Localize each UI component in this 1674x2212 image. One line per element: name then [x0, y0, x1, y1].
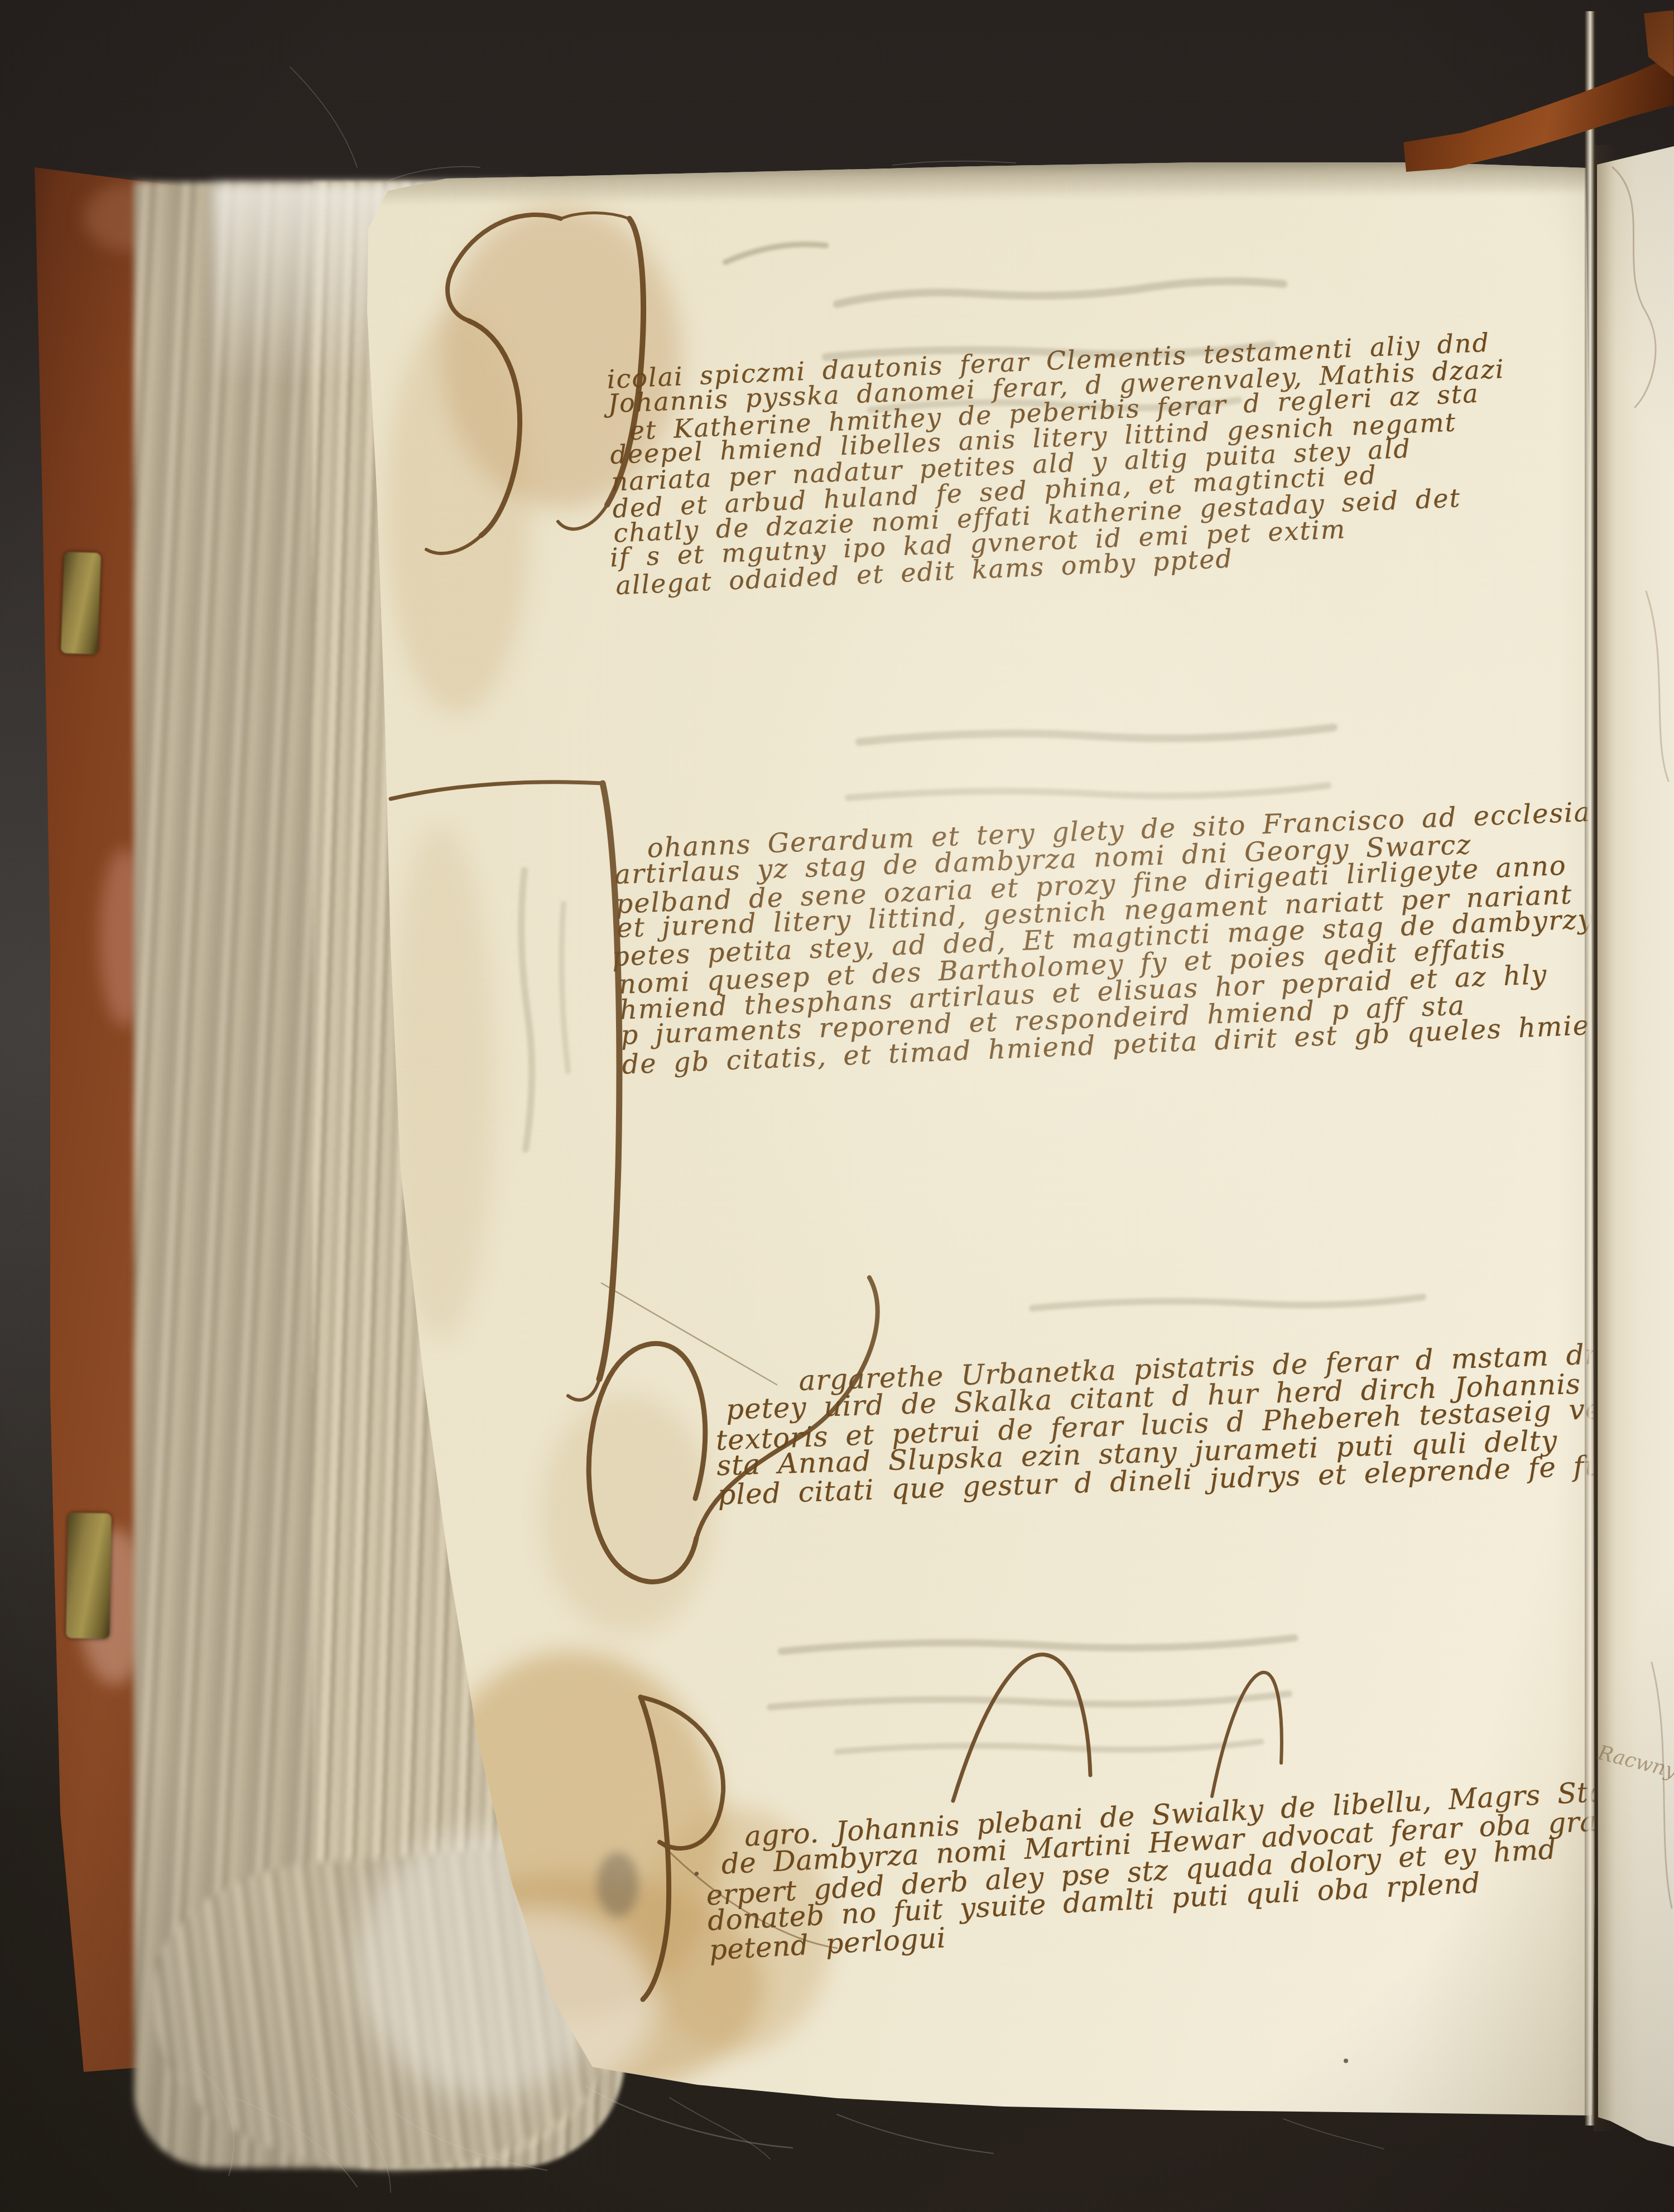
manuscript-photo: icolai spiczmi dautonis ferar Clementis … [0, 0, 1674, 2212]
paper-fibers [0, 0, 1674, 2212]
